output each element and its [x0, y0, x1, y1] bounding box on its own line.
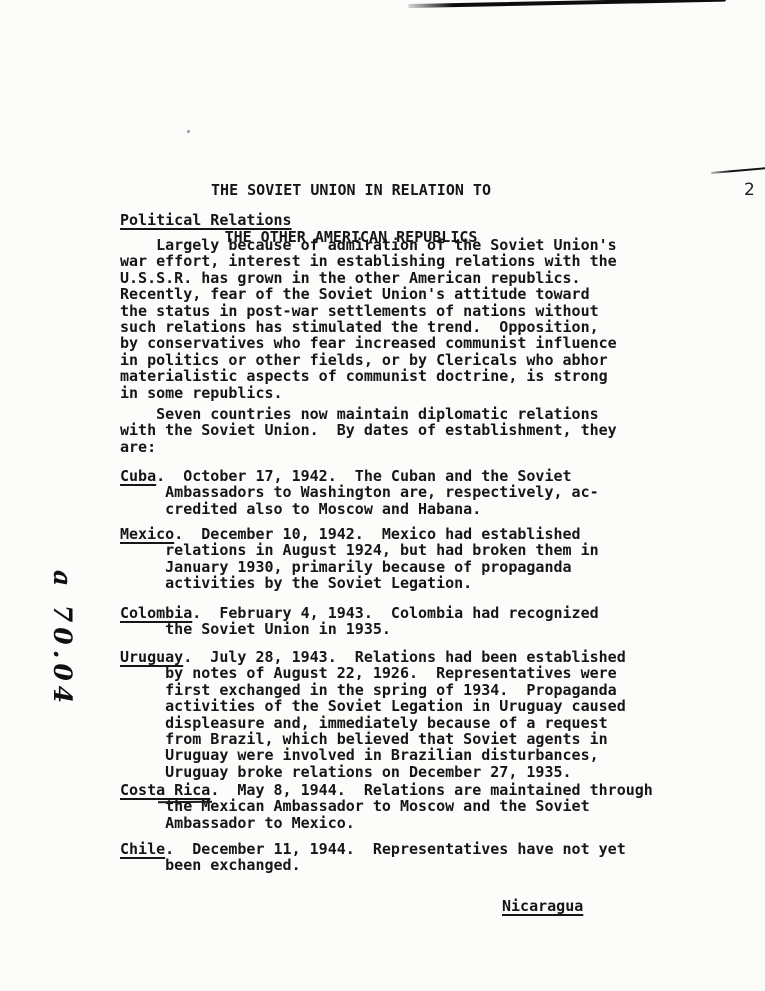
handwritten-margin-note: a 70.04 [48, 570, 77, 710]
section-heading: Political Relations [120, 212, 292, 228]
paragraph-political-relations: Largely because of admiration of the Sov… [120, 237, 617, 401]
entry-costa-rica: Costa Rica. May 8, 1944. Relations are m… [120, 782, 653, 831]
page-number-rule [711, 167, 765, 174]
title-line-1: THE SOVIET UNION IN RELATION TO [209, 183, 493, 199]
country-name-costa-rica: Costa Rica [120, 781, 210, 799]
country-name-chile: Chile [120, 840, 165, 858]
entry-text-mexico: . December 10, 1942. Mexico had establis… [120, 525, 599, 592]
entry-mexico: Mexico. December 10, 1942. Mexico had es… [120, 526, 599, 592]
entry-cuba: Cuba. October 17, 1942. The Cuban and th… [120, 468, 599, 517]
country-name-mexico: Mexico [120, 525, 174, 543]
entry-uruguay: Uruguay. July 28, 1943. Relations had be… [120, 649, 626, 780]
scan-edge-line [408, 0, 726, 8]
entry-text-cuba: . October 17, 1942. The Cuban and the So… [120, 467, 599, 518]
scan-speck [187, 130, 190, 133]
paragraph-seven-countries: Seven countries now maintain diplomatic … [120, 406, 617, 455]
country-name-cuba: Cuba [120, 467, 156, 485]
page-number: 2 [744, 180, 755, 200]
entry-chile: Chile. December 11, 1944. Representative… [120, 841, 626, 874]
entry-text-colombia: . February 4, 1943. Colombia had recogni… [120, 604, 599, 638]
country-name-colombia: Colombia [120, 604, 192, 622]
catchword-nicaragua: Nicaragua [502, 898, 583, 914]
entry-text-chile: . December 11, 1944. Representatives hav… [120, 840, 626, 874]
entry-text-uruguay: . July 28, 1943. Relations had been esta… [120, 648, 626, 781]
country-name-uruguay: Uruguay [120, 648, 183, 666]
document-page: THE SOVIET UNION IN RELATION TO THE OTHE… [0, 0, 765, 991]
entry-colombia: Colombia. February 4, 1943. Colombia had… [120, 605, 599, 638]
